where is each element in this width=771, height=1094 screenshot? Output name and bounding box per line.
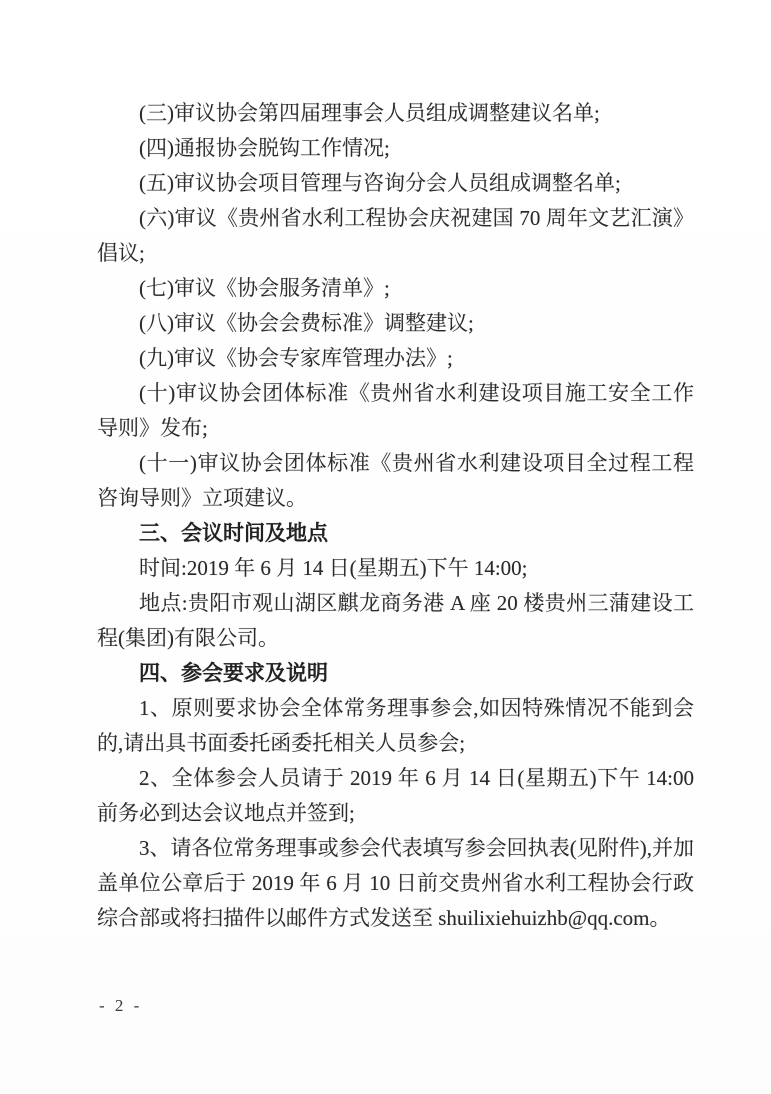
requirement-item-3: 3、请各位常务理事或参会代表填写参会回执表(见附件),并加盖单位公章后于 201… <box>97 831 694 936</box>
agenda-item-9: (九)审议《协会专家库管理办法》; <box>97 341 694 376</box>
agenda-item-3: (三)审议协会第四届理事会人员组成调整建议名单; <box>97 96 694 131</box>
agenda-item-4: (四)通报协会脱钩工作情况; <box>97 131 694 166</box>
agenda-item-6: (六)审议《贵州省水利工程协会庆祝建国 70 周年文艺汇演》倡议; <box>97 201 694 271</box>
agenda-item-8: (八)审议《协会会费标准》调整建议; <box>97 306 694 341</box>
meeting-location-line: 地点:贵阳市观山湖区麒龙商务港 A 座 20 楼贵州三蒲建设工程(集团)有限公司… <box>97 586 694 656</box>
section-heading-time-location: 三、会议时间及地点 <box>97 516 694 551</box>
document-body: (三)审议协会第四届理事会人员组成调整建议名单; (四)通报协会脱钩工作情况; … <box>97 96 694 936</box>
scanned-document-page: (三)审议协会第四届理事会人员组成调整建议名单; (四)通报协会脱钩工作情况; … <box>0 0 771 1094</box>
agenda-item-10: (十)审议协会团体标准《贵州省水利建设项目施工安全工作导则》发布; <box>97 376 694 446</box>
page-number: - 2 - <box>99 996 142 1016</box>
agenda-item-11: (十一)审议协会团体标准《贵州省水利建设项目全过程工程咨询导则》立项建议。 <box>97 446 694 516</box>
agenda-item-7: (七)审议《协会服务清单》; <box>97 271 694 306</box>
requirement-item-2: 2、全体参会人员请于 2019 年 6 月 14 日(星期五)下午 14:00 … <box>97 761 694 831</box>
agenda-item-5: (五)审议协会项目管理与咨询分会人员组成调整名单; <box>97 166 694 201</box>
meeting-time-line: 时间:2019 年 6 月 14 日(星期五)下午 14:00; <box>97 551 694 586</box>
section-heading-requirements: 四、参会要求及说明 <box>97 656 694 691</box>
requirement-item-1: 1、原则要求协会全体常务理事参会,如因特殊情况不能到会的,请出具书面委托函委托相… <box>97 691 694 761</box>
